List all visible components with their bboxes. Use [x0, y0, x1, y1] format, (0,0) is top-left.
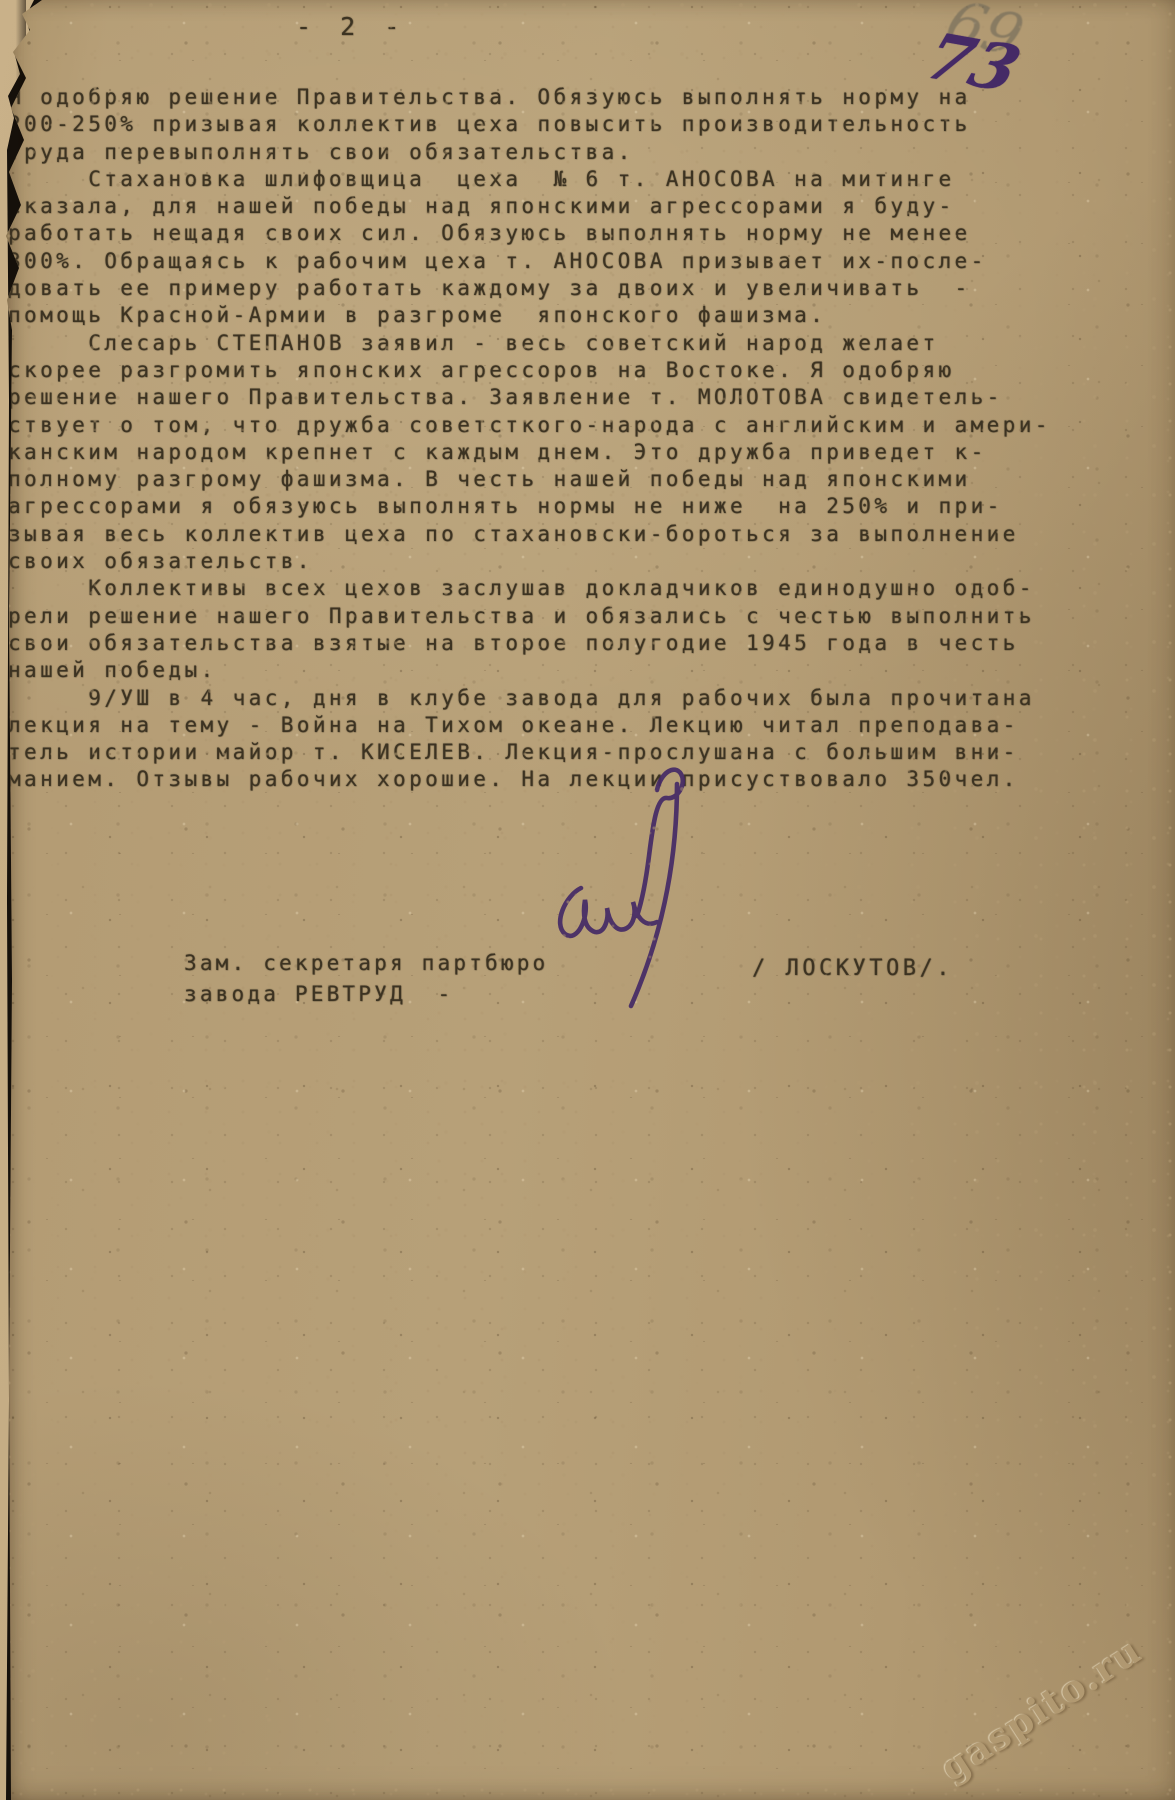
- body-line: довать ее примеру работать каждому за дв…: [8, 275, 1168, 302]
- body-line: Я одобряю решение Правительства. Обязуюс…: [8, 84, 1168, 111]
- body-line: лекция на тему - Война на Тихом океане. …: [8, 712, 1168, 739]
- body-line: скорее разгромить японских агрессоров на…: [8, 357, 1168, 384]
- body-line: помощь Красной-Армии в разгроме японског…: [8, 302, 1168, 329]
- body-line: зывая весь коллектив цеха по стахановски…: [8, 521, 1168, 548]
- body-line: труда перевыполнять свои обязательства.: [8, 139, 1168, 166]
- body-line: нашей победы.: [8, 657, 1168, 684]
- body-line: Стахановка шлифовщица цеха № 6 т. АНОСОВ…: [8, 166, 1168, 193]
- body-line: 300%. Обращаясь к рабочим цеха т. АНОСОВ…: [8, 248, 1168, 275]
- signature-title-line: Зам. секретаря партбюро: [184, 948, 548, 979]
- body-line: своих обязательств.: [8, 548, 1168, 575]
- body-line: работать нещадя своих сил. Обязуюсь выпо…: [8, 220, 1168, 247]
- body-line: рели решение нашего Правительства и обяз…: [8, 603, 1168, 630]
- body-line: Слесарь СТЕПАНОВ заявил - весь советский…: [8, 330, 1168, 357]
- body-line: полному разгрому фашизма. В честь нашей …: [8, 466, 1168, 493]
- watermark: gaspito.ru: [932, 1590, 1175, 1790]
- body-line: 200-250% призывая коллектив цеха повысит…: [8, 111, 1168, 138]
- body-line: агрессорами я обязуюсь выполнять нормы н…: [8, 493, 1168, 520]
- body-line: ствует о том, что дружба советсткого-нар…: [8, 412, 1168, 439]
- body-line: канским народом крепнет с каждым днем. Э…: [8, 439, 1168, 466]
- body-line: решение нашего Правительства. Заявление …: [8, 384, 1168, 411]
- handwritten-signature: [545, 760, 735, 1015]
- document-page: - 2 - 69 73 Я одобряю решение Правительс…: [0, 0, 1175, 1800]
- signature-title: Зам. секретаря партбюро завода РЕВТРУД -: [184, 948, 548, 1010]
- signature-title-line: завода РЕВТРУД -: [184, 979, 548, 1010]
- page-number: - 2 -: [296, 12, 406, 41]
- body-line: свои обязательства взятые на второе полу…: [8, 630, 1168, 657]
- document-body: Я одобряю решение Правительства. Обязуюс…: [8, 84, 1168, 794]
- body-line: Коллективы всех цехов заслушав докладчик…: [8, 575, 1168, 602]
- signer-name: / ЛОСКУТОВ/.: [752, 956, 953, 981]
- body-line: 9/УШ в 4 час, дня в клубе завода для раб…: [8, 685, 1168, 712]
- document-scan: - 2 - 69 73 Я одобряю решение Правительс…: [0, 0, 1175, 1800]
- body-line: сказала, для нашей победы над японскими …: [8, 193, 1168, 220]
